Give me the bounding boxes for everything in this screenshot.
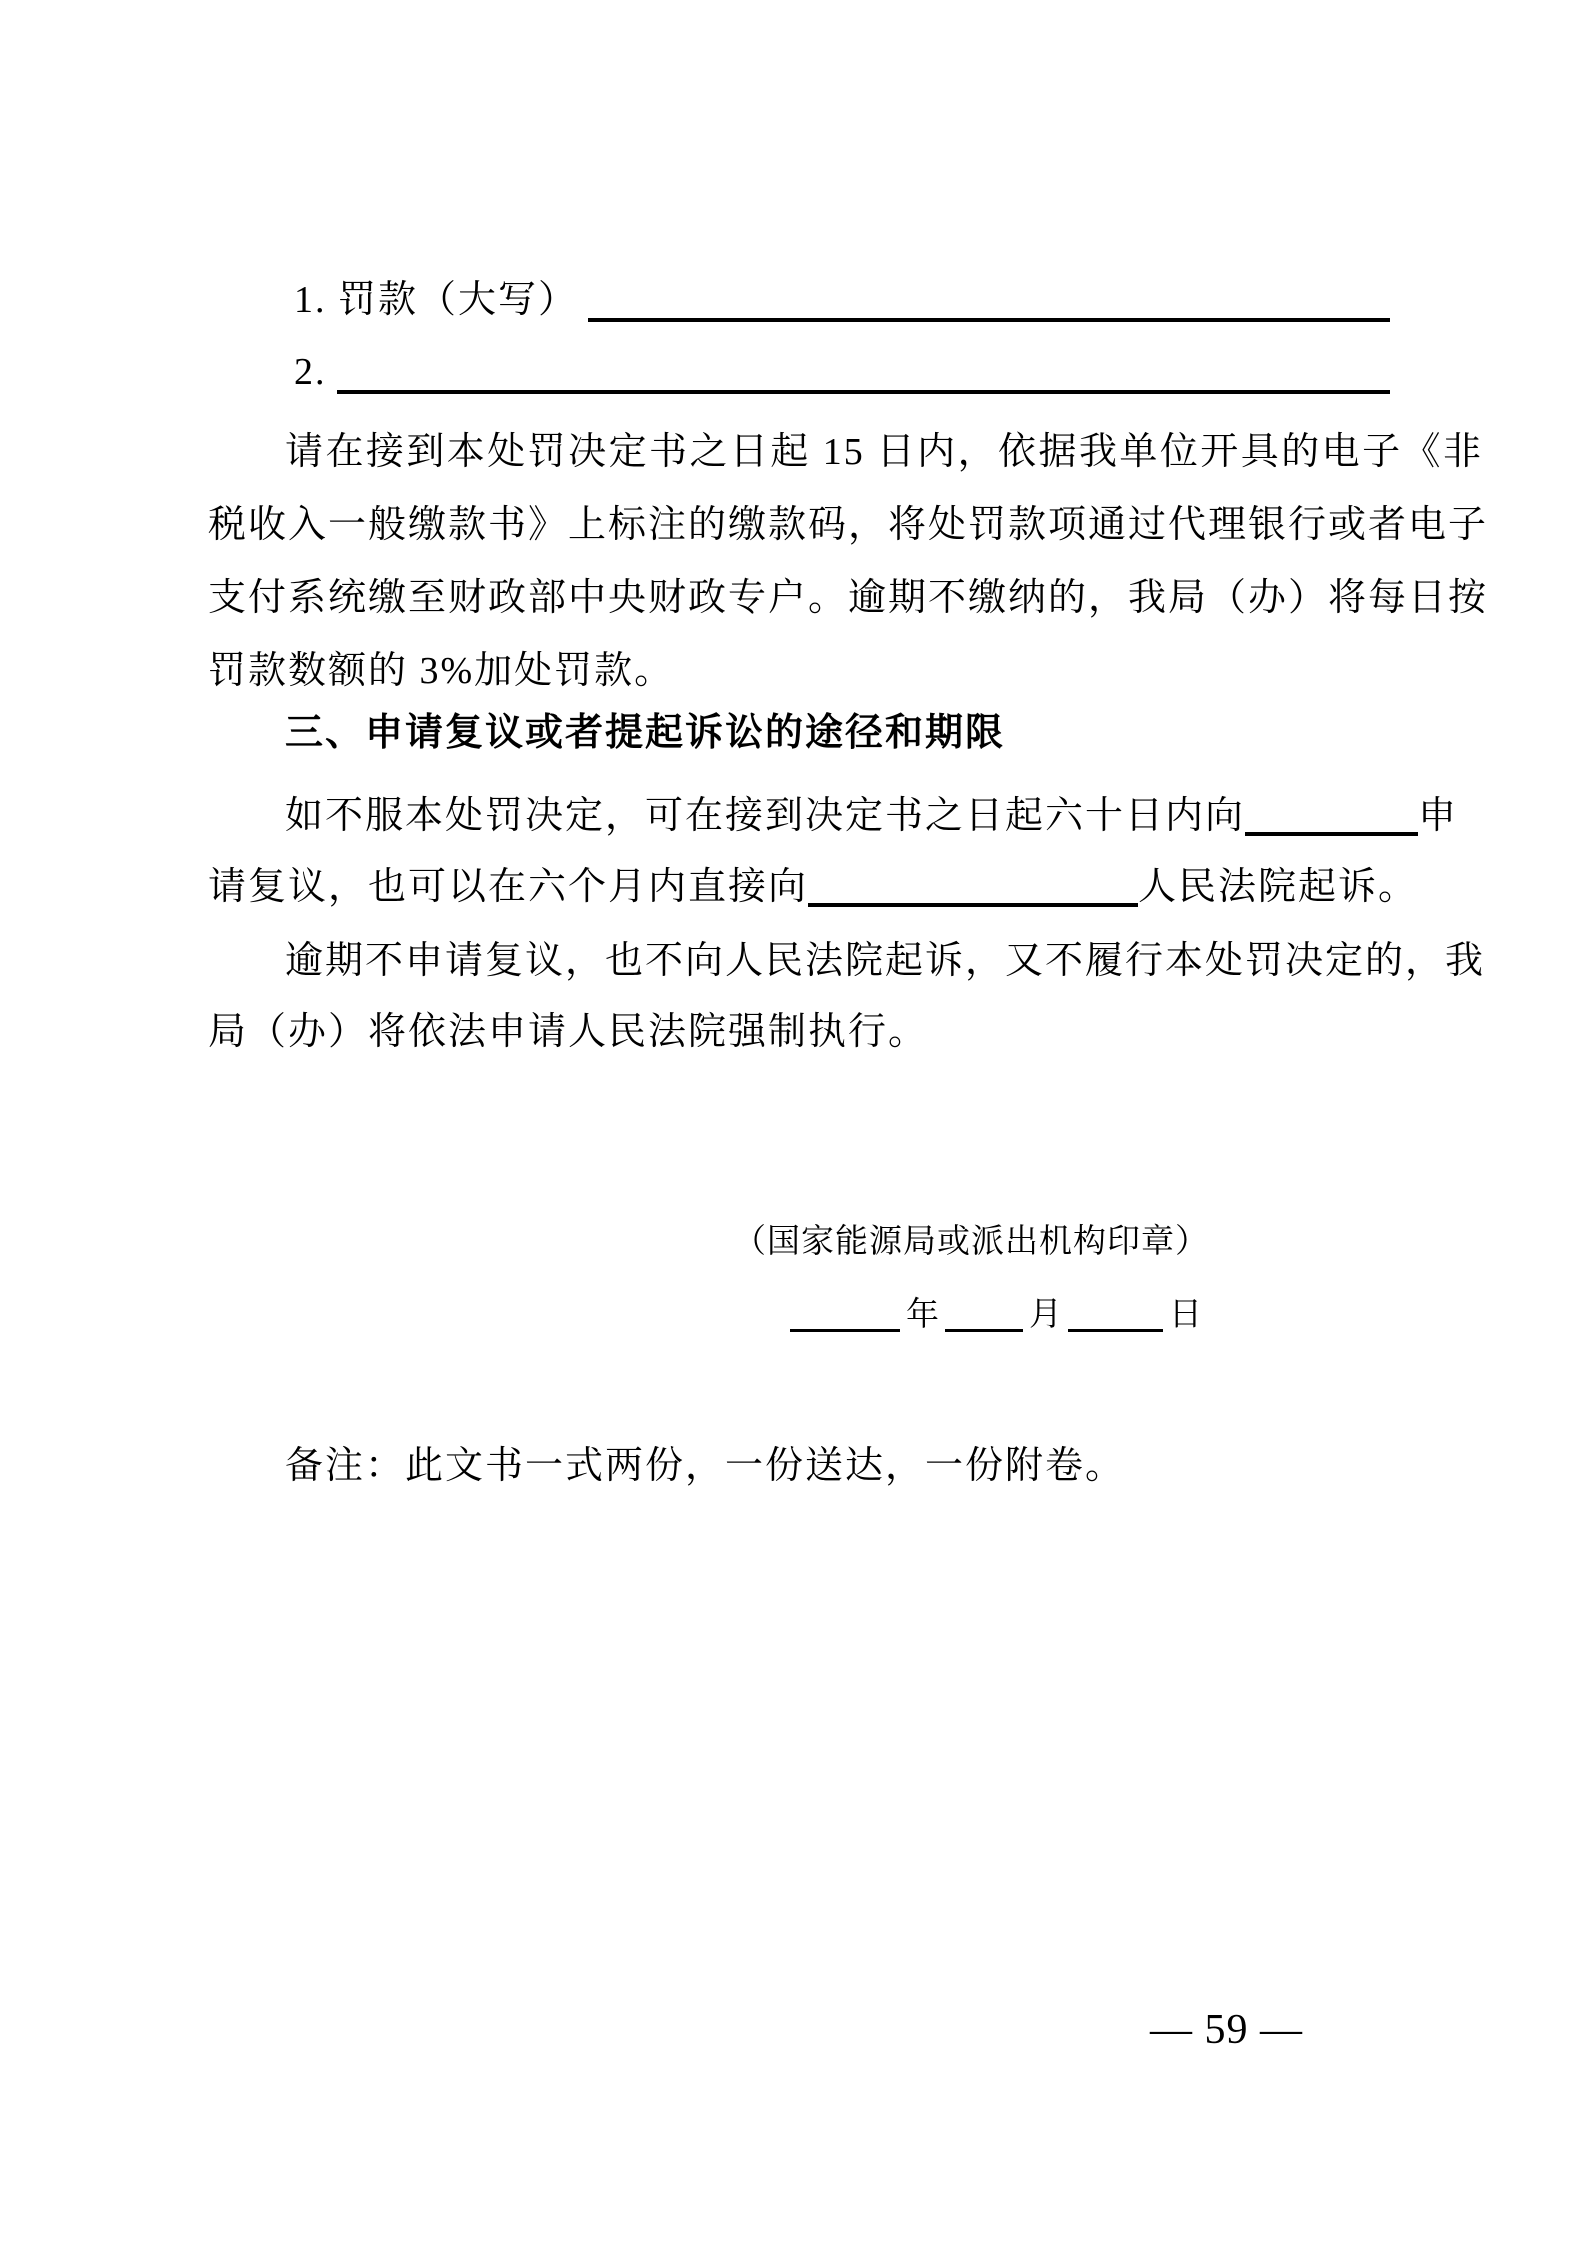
date-line: 年月日	[790, 1293, 1208, 1337]
review-line1-text: 如不服本处罚决定，可在接到决定书之日起六十日内向	[285, 795, 1245, 837]
paragraph-line: 逾期不申请复议，也不向人民法院起诉，又不履行本处罚决定的，我	[208, 926, 1483, 997]
day-label: 日	[1169, 1297, 1202, 1333]
month-blank-underline	[945, 1296, 1023, 1332]
fine-amount-row: 1. 罚款（大写）	[294, 276, 1390, 324]
court-name-blank-underline	[808, 865, 1138, 907]
year-blank-underline	[790, 1296, 900, 1332]
paragraph-line: 请复议，也可以在六个月内直接向人民法院起诉。	[208, 852, 1483, 923]
review-line1-tail: 申	[1418, 795, 1458, 837]
paragraph-line: 局（办）将依法申请人民法院强制执行。	[208, 997, 1483, 1068]
fine-amount-label: 1. 罚款（大写）	[294, 276, 578, 324]
review-line2-text: 请复议，也可以在六个月内直接向	[208, 866, 808, 908]
day-blank-underline	[1068, 1296, 1163, 1332]
paragraph-line: 支付系统缴至财政部中央财政专户。逾期不缴纳的，我局（办）将每日按	[208, 562, 1483, 635]
page-number: — 59 —	[1150, 2005, 1303, 2055]
enforcement-paragraph: 逾期不申请复议，也不向人民法院起诉，又不履行本处罚决定的，我 局（办）将依法申请…	[208, 926, 1483, 1068]
paragraph-line: 请在接到本处罚决定书之日起 15 日内，依据我单位开具的电子《非	[208, 416, 1483, 489]
paragraph-line: 如不服本处罚决定，可在接到决定书之日起六十日内向申	[208, 781, 1483, 852]
paragraph-line: 税收入一般缴款书》上标注的缴款码，将处罚款项通过代理银行或者电子	[208, 489, 1483, 562]
year-label: 年	[906, 1297, 939, 1333]
review-paragraph: 如不服本处罚决定，可在接到决定书之日起六十日内向申 请复议，也可以在六个月内直接…	[208, 781, 1483, 923]
document-page: 1. 罚款（大写） 2. 请在接到本处罚决定书之日起 15 日内，依据我单位开具…	[0, 0, 1587, 2245]
item2-label: 2.	[294, 348, 327, 396]
section-heading: 三、申请复议或者提起诉讼的途径和期限	[208, 708, 1483, 758]
item2-row: 2.	[294, 348, 1390, 396]
item2-blank-underline	[337, 390, 1391, 394]
stamp-note: （国家能源局或派出机构印章）	[733, 1221, 1209, 1263]
remark-note: 备注：此文书一式两份，一份送达，一份附卷。	[208, 1441, 1483, 1491]
review-authority-blank-underline	[1245, 794, 1418, 836]
paragraph-line: 罚款数额的 3%加处罚款。	[208, 635, 1483, 708]
month-label: 月	[1029, 1297, 1062, 1333]
payment-paragraph: 请在接到本处罚决定书之日起 15 日内，依据我单位开具的电子《非 税收入一般缴款…	[208, 416, 1483, 708]
fine-amount-blank-underline	[588, 318, 1390, 322]
review-line2-tail: 人民法院起诉。	[1138, 866, 1418, 908]
